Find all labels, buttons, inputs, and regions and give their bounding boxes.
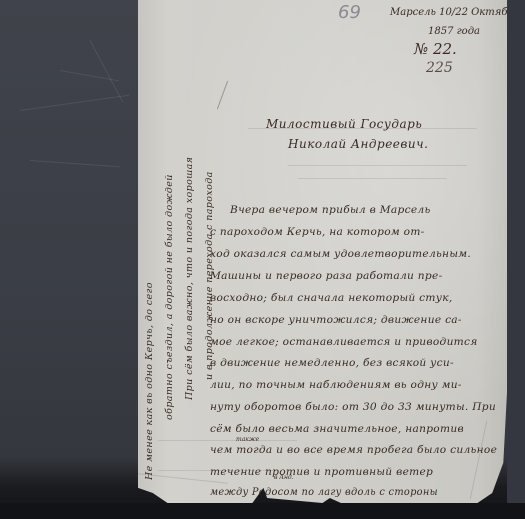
- body-line: течение против и противный ветер: [210, 466, 433, 478]
- place-date: Марсель 10/22 Октября: [390, 7, 521, 18]
- body-line: Вчера вечером прибыл в Марсель: [230, 204, 431, 216]
- margin-note-column: Не менее как вь одно Керчь, до сего: [144, 20, 155, 480]
- body-line: чем тогда и во все время пробега было си…: [210, 444, 497, 456]
- body-line: между Родосом по лагу вдоль с стороны: [210, 487, 438, 498]
- salutation-line-1: Милостивый Государь: [266, 117, 422, 131]
- interlinear-note: также: [236, 436, 259, 443]
- margin-note-column: и в продолжение перехода с парохода: [204, 0, 215, 380]
- interlinear-note: в Анд.: [274, 474, 294, 481]
- bleed-through-line: [158, 440, 297, 441]
- margin-ink-stroke: [217, 81, 228, 110]
- margin-note-column: обратно съездил, а дорогой не было дожде…: [164, 20, 175, 420]
- body-line: Машины и первого раза работали пре-: [210, 270, 442, 282]
- body-line: в движение немедленно, без всякой уси-: [210, 357, 454, 369]
- body-line: ход оказался самым удовлетворительным.: [210, 248, 471, 260]
- salutation-line-2: Николай Андреевич.: [288, 137, 428, 151]
- body-line: лии, по точным наблюдениям вь одну ми-: [210, 379, 462, 391]
- body-line: мое легкое; останавливается и приводится: [210, 336, 478, 348]
- body-line: сём было весьма значительное, напротив: [210, 423, 464, 435]
- body-line: восходно; был сначала некоторый стук,: [210, 292, 453, 304]
- body-line: с пароходом Керчь, на котором от-: [210, 226, 425, 238]
- body-line: но он вскоре уничтожился; движение са-: [210, 314, 462, 326]
- letter-number: № 22.: [414, 40, 457, 58]
- margin-note-column: При сём было важно, что и погода хорошая: [184, 20, 195, 400]
- archive-number-pencil: 69: [338, 2, 361, 23]
- scan-bottom-edge: [0, 503, 525, 519]
- scan-right-edge: [507, 0, 525, 505]
- letter-year: 1857 года: [428, 26, 480, 37]
- bleed-through-line: [298, 178, 447, 179]
- fold-crease: [470, 421, 488, 499]
- body-line: нуту оборотов было: от 30 до 33 минуты. …: [210, 401, 496, 413]
- registry-number: 225: [426, 60, 453, 76]
- letter-page: 69 Марсель 10/22 Октября 1857 года № 22.…: [138, 0, 507, 503]
- bleed-through-line: [288, 165, 467, 166]
